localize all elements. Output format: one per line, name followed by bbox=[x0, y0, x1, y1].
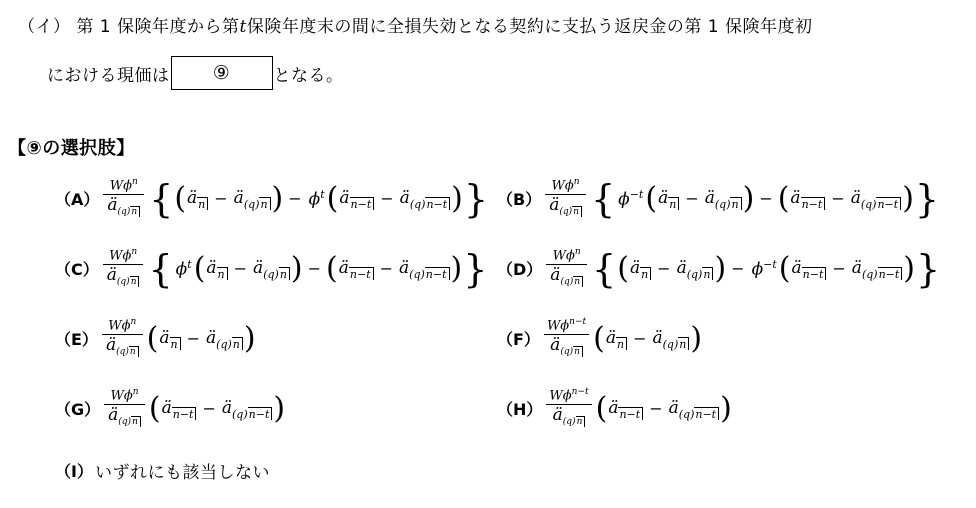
brace-glyph: } bbox=[464, 180, 488, 218]
math-fraction: Wϕnä(q)n bbox=[546, 248, 587, 289]
option-e: （E） Wϕnä(q)n(än−ä(q)n) bbox=[55, 318, 256, 359]
option-d-label: （D） bbox=[497, 257, 542, 280]
minus-sign: − bbox=[731, 259, 744, 278]
annuity-symbol: än−t bbox=[339, 260, 374, 277]
brace-glyph: } bbox=[916, 250, 940, 288]
brace-glyph: { bbox=[149, 180, 173, 218]
annuity-symbol: ä(q)n−t bbox=[852, 260, 903, 277]
brace-glyph: { bbox=[148, 250, 172, 288]
annuity-symbol: ä(q)n−t bbox=[851, 190, 902, 207]
option-e-label: （E） bbox=[55, 327, 98, 350]
minus-sign: − bbox=[633, 329, 646, 348]
option-c: （C） Wϕnä(q)n{ϕt(än−ä(q)n)−(än−t−ä(q)n−t)… bbox=[55, 248, 488, 289]
question-marker: （イ） bbox=[18, 17, 71, 37]
phi-power: ϕt bbox=[309, 189, 325, 208]
annuity-symbol: ä(q)n bbox=[653, 330, 690, 347]
annuity-symbol: än bbox=[187, 190, 208, 207]
annuity-symbol: ä(q)n bbox=[234, 190, 271, 207]
annuity-symbol: ä(q)n bbox=[206, 330, 243, 347]
minus-sign: − bbox=[649, 399, 662, 418]
minus-sign: − bbox=[308, 259, 321, 278]
brace-glyph: } bbox=[463, 250, 487, 288]
paren-glyph: ( bbox=[326, 254, 338, 284]
minus-sign: − bbox=[380, 259, 393, 278]
annuity-symbol: än−t bbox=[790, 190, 825, 207]
paren-glyph: ) bbox=[451, 254, 463, 284]
annuity-symbol: ä(q)n−t bbox=[669, 400, 720, 417]
paren-glyph: ( bbox=[593, 324, 605, 354]
annuity-symbol: ä(q)n−t bbox=[222, 400, 273, 417]
minus-sign: − bbox=[202, 399, 215, 418]
math-fraction: Wϕnä(q)n bbox=[104, 388, 145, 429]
option-a-label: （A） bbox=[55, 187, 99, 210]
option-f-formula: Wϕn−tä(q)n(än−ä(q)n) bbox=[542, 318, 702, 359]
paren-glyph: ( bbox=[147, 324, 159, 354]
annuity-symbol: ä(q)n bbox=[108, 407, 141, 424]
annuity-symbol: ä(q)n bbox=[705, 190, 742, 207]
option-a-formula: Wϕnä(q)n{(än−ä(q)n)−ϕt(än−t−ä(q)n−t)} bbox=[101, 178, 489, 219]
paren-glyph: ) bbox=[743, 184, 755, 214]
answer-box: ⑨ bbox=[171, 56, 273, 90]
paren-glyph: ( bbox=[779, 254, 791, 284]
paren-glyph: ) bbox=[902, 184, 914, 214]
paren-glyph: ) bbox=[272, 184, 284, 214]
phi-power: ϕt bbox=[176, 259, 192, 278]
option-b-formula: Wϕnä(q)n{ϕ−t(än−ä(q)n)−(än−t−ä(q)n−t)} bbox=[543, 178, 940, 219]
annuity-symbol: än bbox=[658, 190, 679, 207]
paren-glyph: ) bbox=[903, 254, 915, 284]
annuity-symbol: ä(q)n bbox=[677, 260, 714, 277]
option-f-label: （F） bbox=[497, 327, 540, 350]
option-h-formula: Wϕn−tä(q)n(än−t−ä(q)n−t) bbox=[544, 388, 731, 429]
annuity-symbol: än−t bbox=[339, 190, 374, 207]
annuity-symbol: ä(q)n bbox=[550, 267, 583, 284]
annuity-symbol: ä(q)n bbox=[106, 337, 139, 354]
annuity-symbol: än−t bbox=[608, 400, 643, 417]
minus-sign: − bbox=[380, 189, 393, 208]
option-a: （A） Wϕnä(q)n{(än−ä(q)n)−ϕt(än−t−ä(q)n−t)… bbox=[55, 178, 489, 219]
option-h-label: （H） bbox=[497, 397, 542, 420]
phi-power: ϕ−t bbox=[752, 259, 777, 278]
option-i-text: いずれにも該当しない bbox=[95, 458, 270, 483]
brace-glyph: } bbox=[915, 180, 939, 218]
math-fraction: Wϕn−tä(q)n bbox=[544, 318, 589, 359]
annuity-symbol: än bbox=[206, 260, 227, 277]
option-b: （B） Wϕnä(q)n{ϕ−t(än−ä(q)n)−(än−t−ä(q)n−t… bbox=[497, 178, 940, 219]
option-d: （D） Wϕnä(q)n{(än−ä(q)n)−ϕ−t(än−t−ä(q)n−t… bbox=[497, 248, 941, 289]
question-line2-before: における現価は bbox=[47, 61, 170, 86]
paren-glyph: ) bbox=[273, 394, 285, 424]
math-fraction: Wϕn−tä(q)n bbox=[546, 388, 591, 429]
minus-sign: − bbox=[685, 189, 698, 208]
option-g-label: （G） bbox=[55, 397, 100, 420]
minus-sign: − bbox=[234, 259, 247, 278]
question-line-2: における現価は ⑨ となる。 bbox=[47, 56, 344, 90]
question-text-pre: 第 1 保険年度から第 bbox=[76, 17, 239, 37]
option-g-formula: Wϕnä(q)n(än−t−ä(q)n−t) bbox=[102, 388, 285, 429]
minus-sign: − bbox=[187, 329, 200, 348]
annuity-symbol: ä(q)n−t bbox=[399, 260, 450, 277]
minus-sign: − bbox=[288, 189, 301, 208]
option-i-label: （I） bbox=[55, 459, 93, 482]
math-fraction: Wϕnä(q)n bbox=[103, 178, 144, 219]
math-fraction: Wϕnä(q)n bbox=[102, 318, 143, 359]
math-fraction: Wϕnä(q)n bbox=[103, 248, 144, 289]
option-i: （I） いずれにも該当しない bbox=[55, 458, 270, 483]
option-e-formula: Wϕnä(q)n(än−ä(q)n) bbox=[100, 318, 256, 359]
annuity-symbol: än−t bbox=[162, 400, 197, 417]
annuity-symbol: ä(q)n bbox=[553, 407, 586, 424]
question-text-post: 保険年度末の間に全損失効となる契約に支払う返戻金の第 1 保険年度初 bbox=[247, 17, 813, 37]
minus-sign: − bbox=[759, 189, 772, 208]
paren-glyph: ( bbox=[617, 254, 629, 284]
brace-glyph: { bbox=[592, 250, 616, 288]
paren-glyph: ( bbox=[645, 184, 657, 214]
paren-glyph: ( bbox=[327, 184, 339, 214]
annuity-symbol: ä(q)n bbox=[107, 267, 140, 284]
paren-glyph: ( bbox=[778, 184, 790, 214]
option-c-label: （C） bbox=[55, 257, 99, 280]
paren-glyph: ) bbox=[451, 184, 463, 214]
minus-sign: − bbox=[657, 259, 670, 278]
question-line2-after: となる。 bbox=[274, 61, 344, 86]
minus-sign: − bbox=[832, 259, 845, 278]
annuity-symbol: än bbox=[159, 330, 180, 347]
annuity-symbol: än−t bbox=[792, 260, 827, 277]
paren-glyph: ) bbox=[714, 254, 726, 284]
choices-heading: 【⑨の選択肢】 bbox=[8, 134, 135, 160]
option-g: （G） Wϕnä(q)n(än−t−ä(q)n−t) bbox=[55, 388, 285, 429]
option-f: （F） Wϕn−tä(q)n(än−ä(q)n) bbox=[497, 318, 702, 359]
paren-glyph: ( bbox=[194, 254, 206, 284]
annuity-symbol: än bbox=[606, 330, 627, 347]
question-line-1: （イ） 第 1 保険年度から第t保険年度末の間に全損失効となる契約に支払う返戻金… bbox=[18, 12, 813, 37]
option-d-formula: Wϕnä(q)n{(än−ä(q)n)−ϕ−t(än−t−ä(q)n−t)} bbox=[544, 248, 941, 289]
brace-glyph: { bbox=[591, 180, 615, 218]
minus-sign: − bbox=[831, 189, 844, 208]
option-b-label: （B） bbox=[497, 187, 541, 210]
annuity-symbol: ä(q)n bbox=[550, 337, 583, 354]
paren-glyph: ( bbox=[596, 394, 608, 424]
annuity-symbol: ä(q)n bbox=[253, 260, 290, 277]
option-c-formula: Wϕnä(q)n{ϕt(än−ä(q)n)−(än−t−ä(q)n−t)} bbox=[101, 248, 489, 289]
annuity-symbol: än bbox=[630, 260, 651, 277]
annuity-symbol: ä(q)n bbox=[549, 197, 582, 214]
paren-glyph: ( bbox=[149, 394, 161, 424]
paren-glyph: ) bbox=[720, 394, 732, 424]
annuity-symbol: ä(q)n bbox=[107, 197, 140, 214]
option-h: （H） Wϕn−tä(q)n(än−t−ä(q)n−t) bbox=[497, 388, 732, 429]
math-fraction: Wϕnä(q)n bbox=[545, 178, 586, 219]
paren-glyph: ( bbox=[174, 184, 186, 214]
paren-glyph: ) bbox=[244, 324, 256, 354]
paren-glyph: ) bbox=[291, 254, 303, 284]
variable-t: t bbox=[240, 17, 247, 37]
annuity-symbol: ä(q)n−t bbox=[400, 190, 451, 207]
answer-box-label: ⑨ bbox=[213, 62, 231, 84]
minus-sign: − bbox=[214, 189, 227, 208]
paren-glyph: ) bbox=[690, 324, 702, 354]
phi-power: ϕ−t bbox=[618, 189, 643, 208]
